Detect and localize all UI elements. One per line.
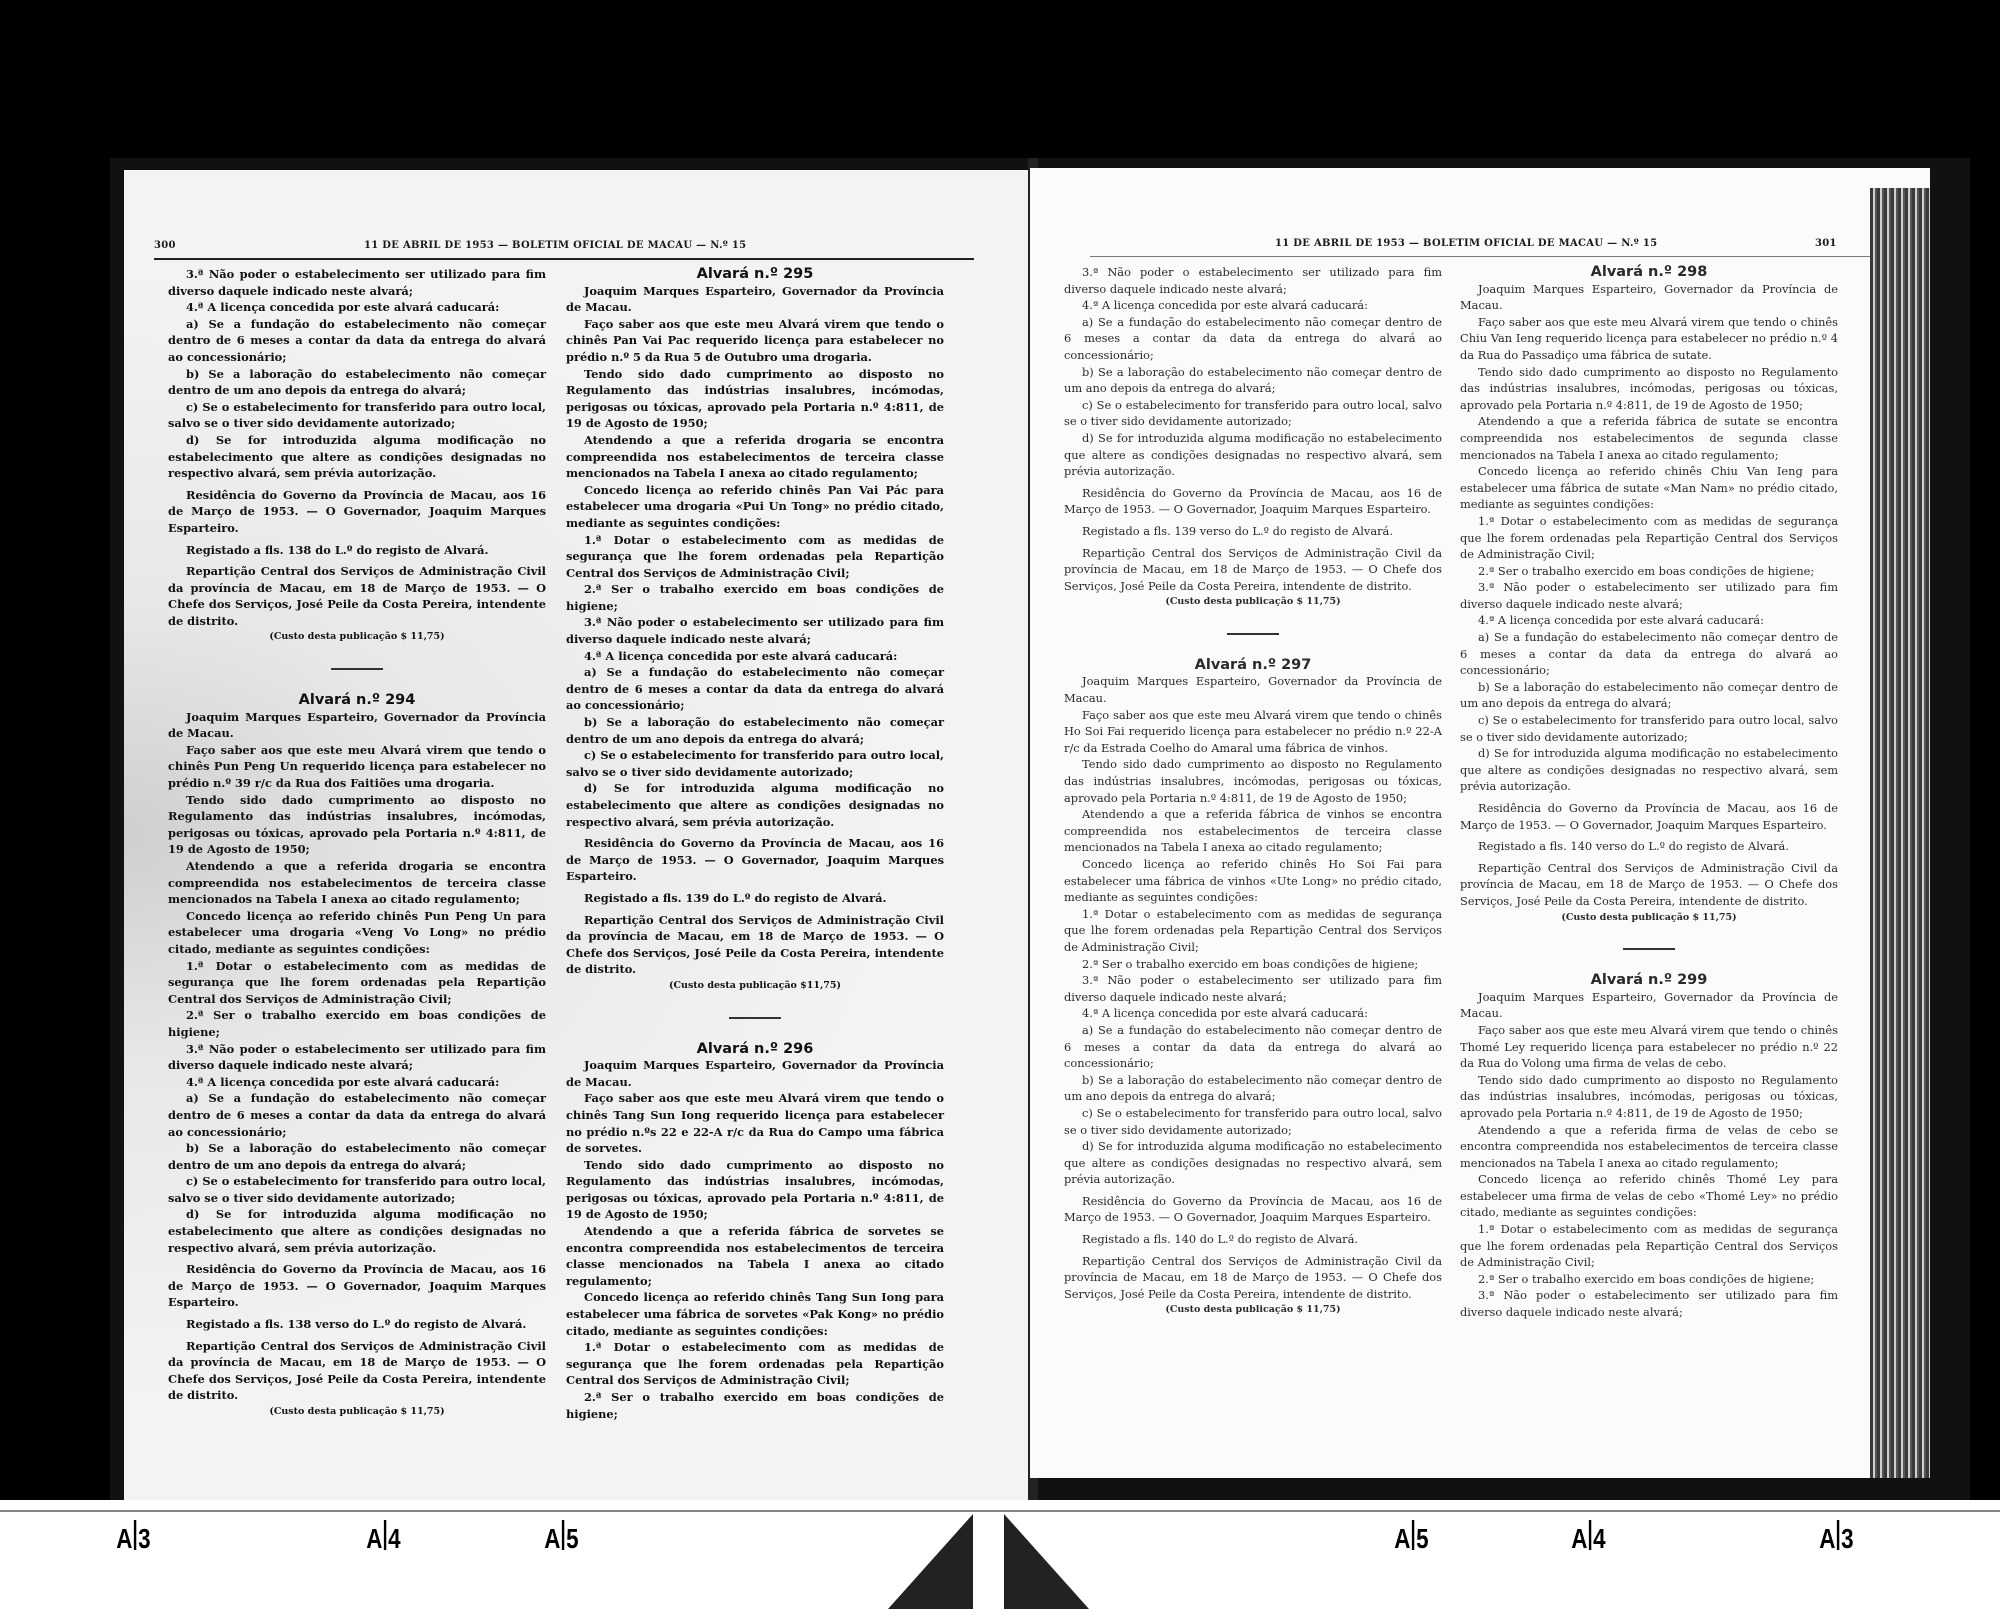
- paragraph: b) Se a laboração do estabelecimento não…: [1064, 364, 1442, 397]
- left-page-column-1: 3.ª Não poder o estabelecimento ser util…: [168, 266, 546, 1421]
- size-mark-a5-right: A5: [1394, 1520, 1428, 1555]
- paragraph: Concedo licença ao referido chinês Thomé…: [1460, 1171, 1838, 1221]
- paragraph: 2.ª Ser o trabalho exercido em boas cond…: [566, 581, 944, 614]
- paragraph: Atendendo a que a referida fábrica de su…: [1460, 413, 1838, 463]
- paragraph: 1.ª Dotar o estabelecimento com as medid…: [566, 1339, 944, 1389]
- paragraph: 4.ª A licença concedida por este alvará …: [168, 299, 546, 316]
- paragraph: Tendo sido dado cumprimento ao disposto …: [566, 1157, 944, 1223]
- paragraph: c) Se o estabelecimento for transferido …: [1460, 712, 1838, 745]
- paragraph: c) Se o estabelecimento for transferido …: [1064, 1105, 1442, 1138]
- paragraph: a) Se a fundação do estabelecimento não …: [1064, 314, 1442, 364]
- paragraph: b) Se a laboração do estabelecimento não…: [566, 714, 944, 747]
- alvara-title: Alvará n.º 294: [168, 692, 546, 709]
- paragraph: Repartição Central dos Serviços de Admin…: [1064, 545, 1442, 595]
- size-mark-a4-right: A4: [1571, 1520, 1605, 1555]
- publication-cost: (Custo desta publicação $11,75): [566, 978, 944, 995]
- alvara-title: Alvará n.º 295: [566, 266, 944, 283]
- paragraph: Residência do Governo da Província de Ma…: [1064, 1193, 1442, 1226]
- paragraph: Repartição Central dos Serviços de Admin…: [1460, 860, 1838, 910]
- alvara-title: Alvará n.º 298: [1460, 264, 1838, 281]
- paragraph: 1.ª Dotar o estabelecimento com as medid…: [1460, 1221, 1838, 1271]
- paragraph: a) Se a fundação do estabelecimento não …: [168, 1090, 546, 1140]
- paragraph: c) Se o estabelecimento for transferido …: [168, 399, 546, 432]
- paragraph: 3.ª Não poder o estabelecimento ser util…: [566, 614, 944, 647]
- paragraph: c) Se o estabelecimento for transferido …: [1064, 397, 1442, 430]
- paragraph: 4.ª A licença concedida por este alvará …: [566, 648, 944, 665]
- paragraph: 3.ª Não poder o estabelecimento ser util…: [1460, 1287, 1838, 1320]
- paragraph: Residência do Governo da Província de Ma…: [168, 487, 546, 537]
- paragraph: Joaquim Marques Esparteiro, Governador d…: [566, 1057, 944, 1090]
- paragraph: Atendendo a que a referida fábrica de vi…: [1064, 806, 1442, 856]
- paragraph: Atendendo a que a referida fábrica de so…: [566, 1223, 944, 1289]
- paragraph: Registado a fls. 140 verso do L.º do reg…: [1460, 838, 1838, 855]
- paragraph: b) Se a laboração do estabelecimento não…: [1064, 1072, 1442, 1105]
- paragraph: 2.ª Ser o trabalho exercido em boas cond…: [1064, 956, 1442, 973]
- paragraph: 1.ª Dotar o estabelecimento com as medid…: [168, 958, 546, 1008]
- paragraph: Registado a fls. 138 verso do L.º do reg…: [168, 1316, 546, 1333]
- size-mark-a3-left: A3: [116, 1520, 150, 1555]
- right-page-column-2: Alvará n.º 298Joaquim Marques Esparteiro…: [1460, 264, 1838, 1321]
- scan-footer: A3 A4 A5 A5 A4 A3: [0, 1500, 2000, 1609]
- paragraph: Concedo licença ao referido chinês Ho So…: [1064, 856, 1442, 906]
- paragraph: a) Se a fundação do estabelecimento não …: [1064, 1022, 1442, 1072]
- paragraph: 3.ª Não poder o estabelecimento ser util…: [1064, 264, 1442, 297]
- size-mark-a4-left: A4: [366, 1520, 400, 1555]
- paragraph: 4.ª A licença concedida por este alvará …: [1064, 1005, 1442, 1022]
- paragraph: Residência do Governo da Província de Ma…: [566, 835, 944, 885]
- page-number-left: 300: [154, 240, 176, 251]
- paragraph: Residência do Governo da Província de Ma…: [1064, 485, 1442, 518]
- page-number-right: 301: [1815, 238, 1837, 249]
- paragraph: 3.ª Não poder o estabelecimento ser util…: [168, 1041, 546, 1074]
- publication-cost: (Custo desta publicação $ 11,75): [168, 629, 546, 646]
- running-head-right: 11 DE ABRIL DE 1953 — BOLETIM OFICIAL DE…: [1275, 238, 1657, 249]
- publication-cost: (Custo desta publicação $ 11,75): [1064, 594, 1442, 611]
- page-edges: [1870, 188, 1930, 1478]
- paragraph: 4.ª A licença concedida por este alvará …: [168, 1074, 546, 1091]
- paragraph: Atendendo a que a referida drogaria se e…: [168, 858, 546, 908]
- paragraph: Faço saber aos que este meu Alvará virem…: [1460, 1022, 1838, 1072]
- center-triangle-left-icon: [888, 1514, 973, 1609]
- left-page-column-2: Alvará n.º 295Joaquim Marques Esparteiro…: [566, 266, 944, 1422]
- paragraph: c) Se o estabelecimento for transferido …: [168, 1173, 546, 1206]
- paragraph: d) Se for introduzida alguma modificação…: [1460, 745, 1838, 795]
- paragraph: d) Se for introduzida alguma modificação…: [1064, 1138, 1442, 1188]
- right-page-column-1: 3.ª Não poder o estabelecimento ser util…: [1064, 264, 1442, 1319]
- paragraph: b) Se a laboração do estabelecimento não…: [1460, 679, 1838, 712]
- paragraph: Residência do Governo da Província de Ma…: [1460, 800, 1838, 833]
- paragraph: a) Se a fundação do estabelecimento não …: [168, 316, 546, 366]
- size-mark-a5-left: A5: [544, 1520, 578, 1555]
- paragraph: Faço saber aos que este meu Alvará virem…: [1460, 314, 1838, 364]
- paragraph: 3.ª Não poder o estabelecimento ser util…: [1064, 972, 1442, 1005]
- paragraph: Joaquim Marques Esparteiro, Governador d…: [1460, 989, 1838, 1022]
- paragraph: Concedo licença ao referido chinês Tang …: [566, 1289, 944, 1339]
- paragraph: b) Se a laboração do estabelecimento não…: [168, 1140, 546, 1173]
- publication-cost: (Custo desta publicação $ 11,75): [1064, 1302, 1442, 1319]
- paragraph: 1.ª Dotar o estabelecimento com as medid…: [1460, 513, 1838, 563]
- paragraph: Faço saber aos que este meu Alvará virem…: [566, 316, 944, 366]
- paragraph: Joaquim Marques Esparteiro, Governador d…: [168, 709, 546, 742]
- paragraph: 3.ª Não poder o estabelecimento ser util…: [168, 266, 546, 299]
- paragraph: Registado a fls. 140 do L.º do registo d…: [1064, 1231, 1442, 1248]
- paragraph: b) Se a laboração do estabelecimento não…: [168, 366, 546, 399]
- paragraph: Registado a fls. 138 do L.º do registo d…: [168, 542, 546, 559]
- paragraph: Repartição Central dos Serviços de Admin…: [168, 1338, 546, 1404]
- paragraph: d) Se for introduzida alguma modificação…: [1064, 430, 1442, 480]
- paragraph: Repartição Central dos Serviços de Admin…: [1064, 1253, 1442, 1303]
- paragraph: Concedo licença ao referido chinês Chiu …: [1460, 463, 1838, 513]
- paragraph: c) Se o estabelecimento for transferido …: [566, 747, 944, 780]
- left-page: 300 11 DE ABRIL DE 1953 — BOLETIM OFICIA…: [124, 170, 1032, 1500]
- paragraph: Faço saber aos que este meu Alvará virem…: [566, 1090, 944, 1156]
- right-page: 11 DE ABRIL DE 1953 — BOLETIM OFICIAL DE…: [1030, 168, 1930, 1478]
- paragraph: Joaquim Marques Esparteiro, Governador d…: [1460, 281, 1838, 314]
- alvara-title: Alvará n.º 296: [566, 1041, 944, 1058]
- paragraph: 4.ª A licença concedida por este alvará …: [1460, 612, 1838, 629]
- paragraph: Concedo licença ao referido chinês Pan V…: [566, 482, 944, 532]
- paragraph: Tendo sido dado cumprimento ao disposto …: [1064, 756, 1442, 806]
- paragraph: a) Se a fundação do estabelecimento não …: [1460, 629, 1838, 679]
- running-head-left: 11 DE ABRIL DE 1953 — BOLETIM OFICIAL DE…: [364, 240, 746, 251]
- paragraph: Faço saber aos que este meu Alvará virem…: [168, 742, 546, 792]
- paragraph: Registado a fls. 139 verso do L.º do reg…: [1064, 523, 1442, 540]
- center-triangle-right-icon: [1004, 1514, 1089, 1609]
- paragraph: 1.ª Dotar o estabelecimento com as medid…: [1064, 906, 1442, 956]
- alvara-title: Alvará n.º 297: [1064, 657, 1442, 674]
- paragraph: 2.ª Ser o trabalho exercido em boas cond…: [1460, 563, 1838, 580]
- paragraph: Tendo sido dado cumprimento ao disposto …: [168, 792, 546, 858]
- paragraph: d) Se for introduzida alguma modificação…: [566, 780, 944, 830]
- size-mark-a3-right: A3: [1819, 1520, 1853, 1555]
- paragraph: 4.ª A licença concedida por este alvará …: [1064, 297, 1442, 314]
- ruler-line: [0, 1510, 2000, 1512]
- paragraph: Faço saber aos que este meu Alvará virem…: [1064, 707, 1442, 757]
- paragraph: 2.ª Ser o trabalho exercido em boas cond…: [168, 1007, 546, 1040]
- header-rule: [154, 258, 974, 260]
- paragraph: a) Se a fundação do estabelecimento não …: [566, 664, 944, 714]
- paragraph: Atendendo a que a referida drogaria se e…: [566, 432, 944, 482]
- paragraph: 3.ª Não poder o estabelecimento ser util…: [1460, 579, 1838, 612]
- book-spread: 300 11 DE ABRIL DE 1953 — BOLETIM OFICIA…: [110, 158, 1970, 1508]
- paragraph: 2.ª Ser o trabalho exercido em boas cond…: [566, 1389, 944, 1422]
- paragraph: Tendo sido dado cumprimento ao disposto …: [1460, 1072, 1838, 1122]
- paragraph: d) Se for introduzida alguma modificação…: [168, 1206, 546, 1256]
- paragraph: Tendo sido dado cumprimento ao disposto …: [566, 366, 944, 432]
- header-rule: [1090, 256, 1870, 257]
- publication-cost: (Custo desta publicação $ 11,75): [1460, 910, 1838, 927]
- section-separator: [1623, 948, 1675, 950]
- paragraph: Tendo sido dado cumprimento ao disposto …: [1460, 364, 1838, 414]
- paragraph: 2.ª Ser o trabalho exercido em boas cond…: [1460, 1271, 1838, 1288]
- paragraph: Registado a fls. 139 do L.º do registo d…: [566, 890, 944, 907]
- alvara-title: Alvará n.º 299: [1460, 972, 1838, 989]
- paragraph: Residência do Governo da Província de Ma…: [168, 1261, 546, 1311]
- paragraph: Joaquim Marques Esparteiro, Governador d…: [566, 283, 944, 316]
- paragraph: Repartição Central dos Serviços de Admin…: [566, 912, 944, 978]
- section-separator: [729, 1017, 781, 1019]
- paragraph: d) Se for introduzida alguma modificação…: [168, 432, 546, 482]
- paragraph: Atendendo a que a referida firma de vela…: [1460, 1122, 1838, 1172]
- section-separator: [331, 668, 383, 670]
- paragraph: Concedo licença ao referido chinês Pun P…: [168, 908, 546, 958]
- section-separator: [1227, 633, 1279, 635]
- paragraph: Repartição Central dos Serviços de Admin…: [168, 563, 546, 629]
- paragraph: Joaquim Marques Esparteiro, Governador d…: [1064, 673, 1442, 706]
- paragraph: 1.ª Dotar o estabelecimento com as medid…: [566, 532, 944, 582]
- publication-cost: (Custo desta publicação $ 11,75): [168, 1404, 546, 1421]
